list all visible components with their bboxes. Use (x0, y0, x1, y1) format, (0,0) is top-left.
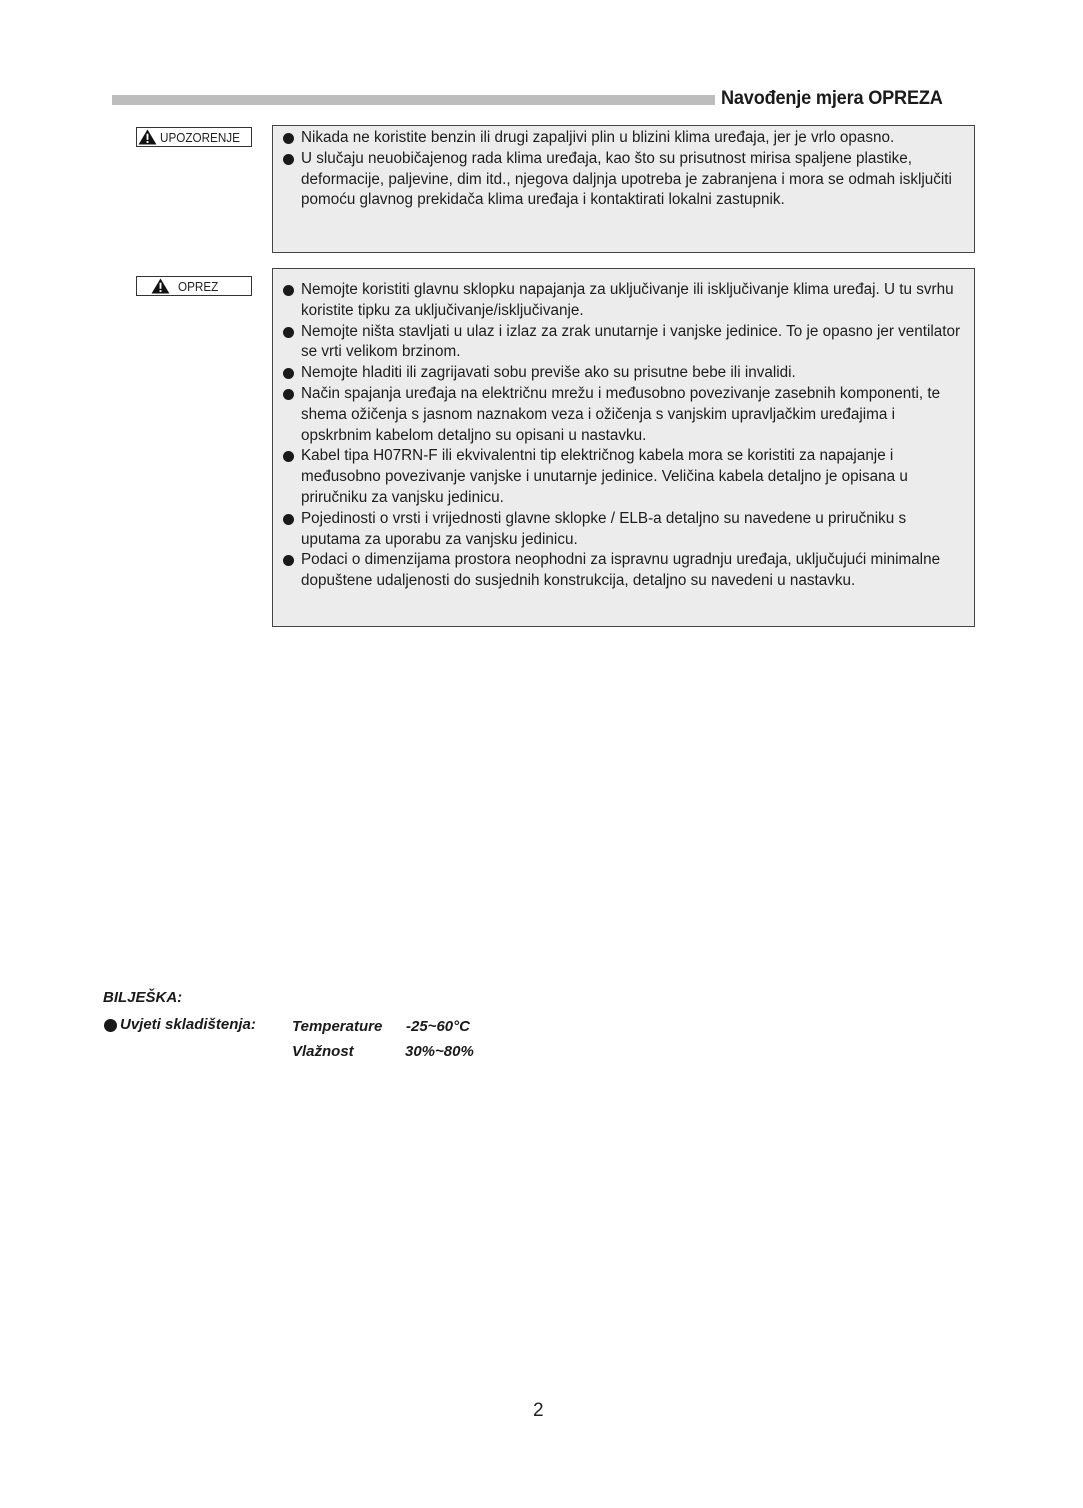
bullet-icon (104, 1019, 117, 1032)
list-item: U slučaju neuobičajenog rada klima uređa… (283, 149, 974, 211)
caution-label-text: OPREZ (178, 279, 218, 294)
bullet-icon (283, 327, 294, 338)
bullet-icon (283, 154, 294, 165)
note-title: BILJEŠKA: (103, 989, 182, 1006)
temperature-value: -25~60°C (406, 1018, 470, 1035)
list-item: Način spajanja uređaja na električnu mre… (283, 384, 974, 446)
bullet-icon (283, 514, 294, 525)
caution-box: Nemojte koristiti glavnu sklopku napajan… (272, 268, 975, 627)
list-item: Nikada ne koristite benzin ili drugi zap… (283, 128, 974, 149)
caution-label: OPREZ (136, 276, 252, 296)
list-item: Podaci o dimenzijama prostora neophodni … (283, 550, 974, 592)
bullet-icon (283, 555, 294, 566)
list-item: Nemojte ništa stavljati u ulaz i izlaz z… (283, 322, 974, 364)
warning-triangle-icon (138, 129, 157, 145)
warning-triangle-icon (151, 278, 170, 294)
bullet-icon (283, 451, 294, 462)
warning-label: UPOZORENJE (136, 127, 252, 147)
list-item: Nemojte koristiti glavnu sklopku napajan… (283, 280, 974, 322)
bullet-icon (283, 389, 294, 400)
warning-label-text: UPOZORENJE (160, 130, 240, 145)
list-item: Nemojte hladiti ili zagrijavati sobu pre… (283, 363, 974, 384)
warning-box: Nikada ne koristite benzin ili drugi zap… (272, 125, 975, 253)
humidity-value: 30%~80% (405, 1043, 474, 1060)
bullet-icon (283, 285, 294, 296)
temperature-label: Temperature (292, 1018, 382, 1035)
page-title: Navođenje mjera OPREZA (721, 87, 965, 110)
list-item: Kabel tipa H07RN-F ili ekvivalentni tip … (283, 446, 974, 508)
bullet-icon (283, 368, 294, 379)
bullet-icon (283, 133, 294, 144)
list-item: Pojedinosti o vrsti i vrijednosti glavne… (283, 509, 974, 551)
storage-conditions-label: Uvjeti skladištenja: (120, 1016, 256, 1033)
header-rule-bar (112, 95, 715, 105)
page-number: 2 (533, 1400, 544, 1422)
humidity-label: Vlažnost (292, 1043, 354, 1060)
